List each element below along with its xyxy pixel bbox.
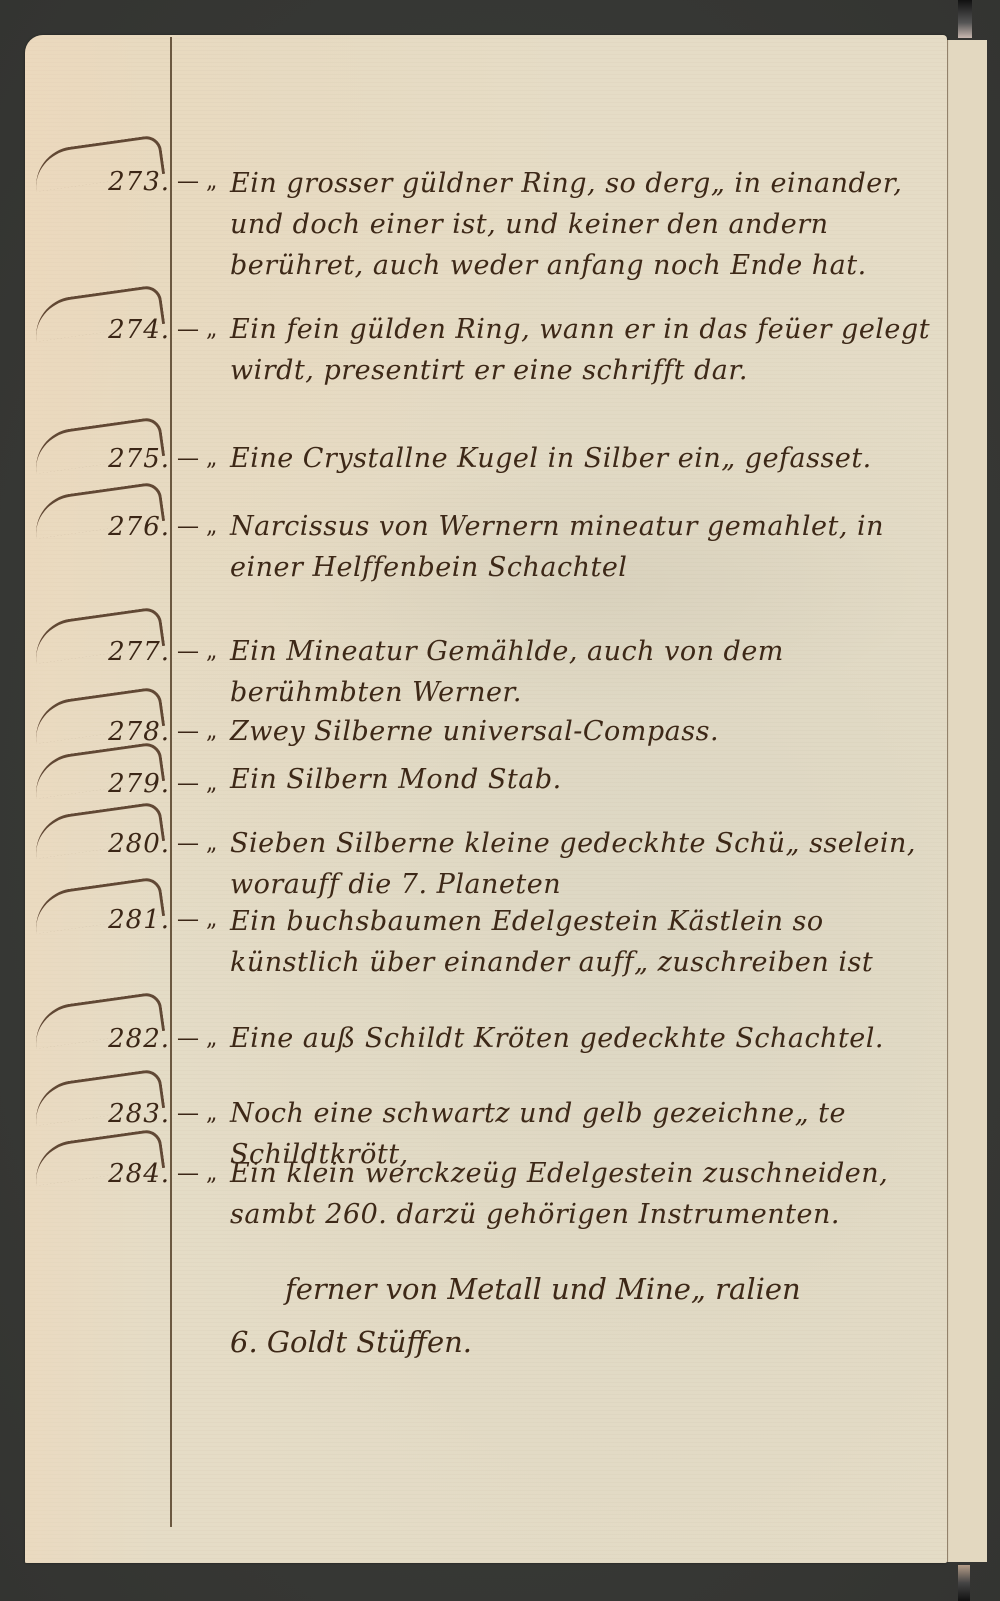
- ditto-mark: — „: [177, 317, 217, 342]
- binding-tab-top: [958, 0, 972, 38]
- ditto-mark: — „: [177, 514, 217, 539]
- entry-number: 276.: [80, 512, 170, 542]
- subsection-heading: 6. Goldt Stüffen.: [230, 1325, 472, 1359]
- entry-number: 280.: [80, 829, 170, 859]
- entry-text: Ein Mineatur Gemählde, auch von dem berü…: [230, 631, 940, 713]
- ditto-mark: — „: [177, 1101, 217, 1126]
- entry-number: 278.: [80, 717, 170, 747]
- ditto-mark: — „: [177, 907, 217, 932]
- entry-text: Ein klein werckzeüg Edelgestein zuschnei…: [230, 1153, 940, 1235]
- ditto-mark: — „: [177, 1026, 217, 1051]
- entry-number: 275.: [80, 444, 170, 474]
- manuscript-page: 273. — „ Ein grosser güldner Ring, so de…: [25, 35, 947, 1563]
- entry-number: 273.: [80, 167, 170, 197]
- entry-number: 279.: [80, 769, 170, 799]
- ditto-mark: — „: [177, 446, 217, 471]
- adjacent-page-edge: [947, 40, 987, 1562]
- entry-text: Narcissus von Wernern mineatur gemahlet,…: [230, 506, 940, 588]
- binding-tab-bottom: [958, 1565, 970, 1601]
- entry-number: 283.: [80, 1099, 170, 1129]
- entry-text: Eine Crystallne Kugel in Silber ein„ gef…: [230, 438, 940, 479]
- ditto-mark: — „: [177, 719, 217, 744]
- inventory-entries: 273. — „ Ein grosser güldner Ring, so de…: [25, 35, 947, 1563]
- entry-text: Eine auß Schildt Kröten gedeckhte Schach…: [230, 1018, 940, 1059]
- entry-number: 277.: [80, 637, 170, 667]
- entry-text: Ein buchsbaumen Edelgestein Kästlein so …: [230, 901, 940, 983]
- entry-text: Ein Silbern Mond Stab.: [230, 759, 940, 800]
- ditto-mark: — „: [177, 169, 217, 194]
- entry-text: Sieben Silberne kleine gedeckhte Schü„ s…: [230, 823, 940, 905]
- ditto-mark: — „: [177, 771, 217, 796]
- section-heading: ferner von Metall und Mine„ ralien: [285, 1270, 945, 1308]
- entry-number: 284.: [80, 1159, 170, 1189]
- ditto-mark: — „: [177, 1161, 217, 1186]
- entry-text: Ein grosser güldner Ring, so derg„ in ei…: [230, 163, 940, 286]
- entry-number: 281.: [80, 905, 170, 935]
- ditto-mark: — „: [177, 831, 217, 856]
- entry-number: 282.: [80, 1024, 170, 1054]
- entry-text: Ein fein gülden Ring, wann er in das feü…: [230, 309, 940, 391]
- entry-text: Zwey Silberne universal-Compass.: [230, 711, 940, 752]
- ditto-mark: — „: [177, 639, 217, 664]
- entry-number: 274.: [80, 315, 170, 345]
